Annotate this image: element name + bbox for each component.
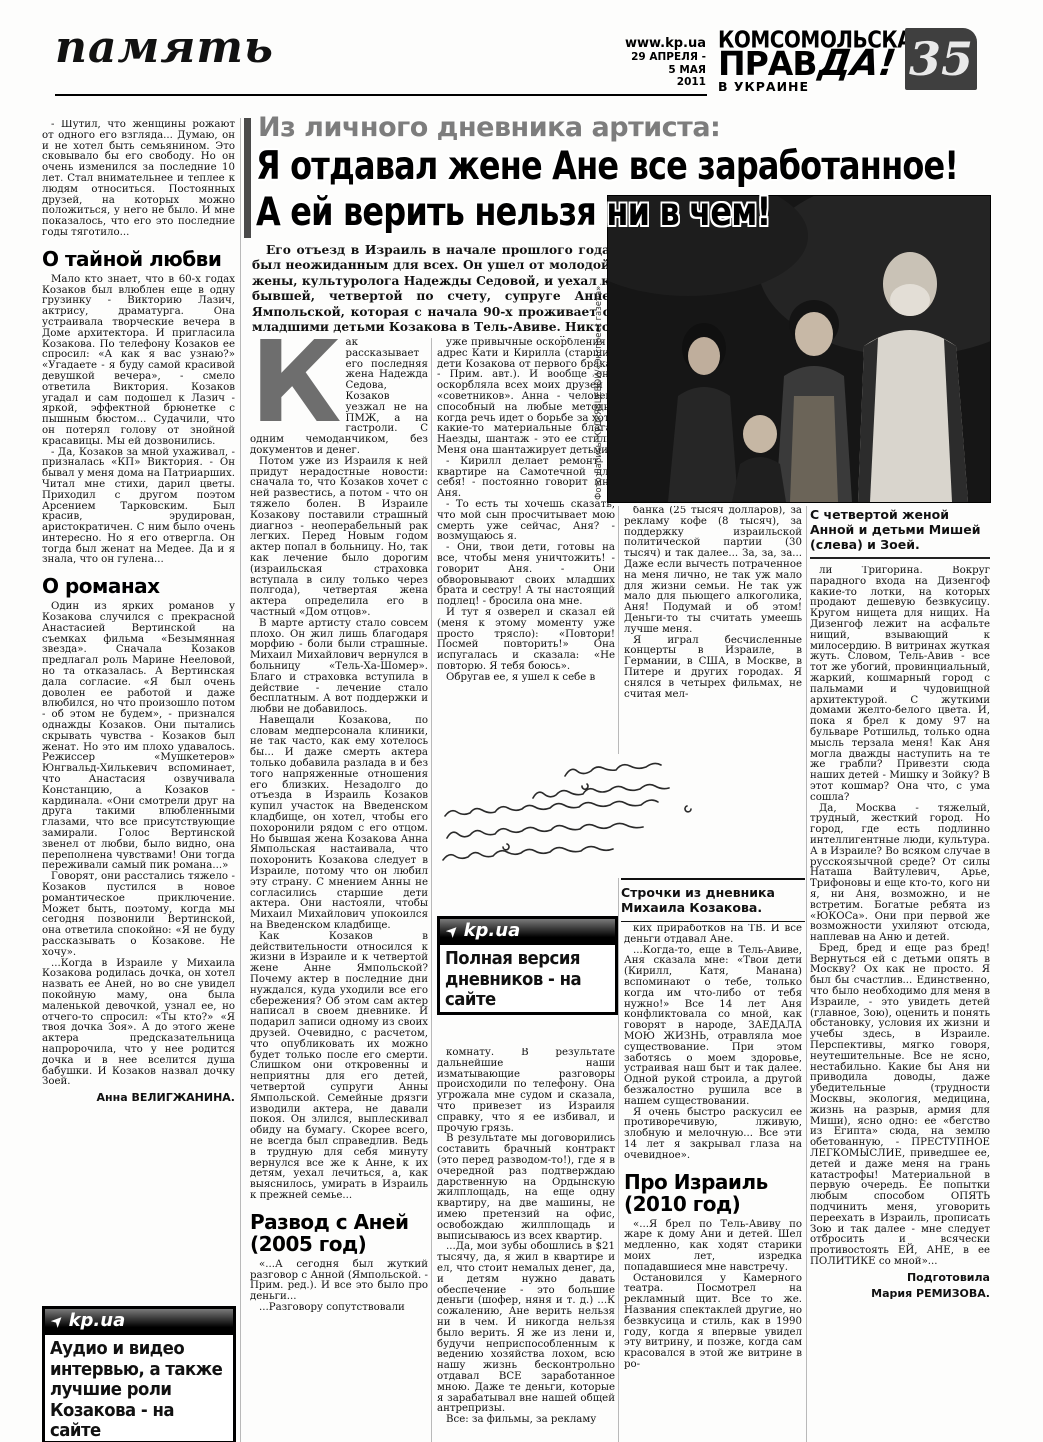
site-date-block: www.kp.ua 29 АПРЕЛЯ - 5 МАЯ 2011: [588, 36, 706, 89]
column-3-lower: комнату. В результате дальнейшие наши из…: [437, 1048, 615, 1440]
kp-brand-bar: ➤ kp.ua: [440, 919, 615, 945]
kp-brand-label: kp.ua: [464, 921, 521, 941]
column-divider: [431, 338, 432, 1442]
paragraph: ли Тригорина. Вокруг парадного входа на …: [810, 566, 990, 804]
family-photo: [608, 196, 990, 502]
kp-arrow-icon: ➤: [441, 919, 464, 942]
paragraph: комнату. В результате дальнейшие наши из…: [437, 1048, 615, 1134]
lead-paragraph: Его отъезд в Израиль в начале прошлого г…: [252, 243, 610, 337]
paragraph: Один из ярких романов у Козакова случилс…: [42, 602, 235, 872]
paragraph: ...Разговору сопутствовали: [250, 1303, 428, 1314]
paragraph: - То есть ты хочешь сказать, что мой сын…: [437, 500, 615, 543]
byline: Анна ВЕЛИГЖАНИНА.: [42, 1091, 235, 1104]
paragraph: «...А сегодня был жуткий разговор с Анно…: [250, 1260, 428, 1303]
issue-date-line3: 2011: [588, 76, 706, 89]
subheading: О романах: [42, 575, 235, 597]
column-2: Как рассказывает его последняя жена Наде…: [250, 338, 428, 1440]
subheading: Про Израиль (2010 год): [624, 1171, 802, 1215]
handwriting-caption: Строчки из дневника Михаила Козакова.: [621, 878, 805, 922]
kp-promo-text: Аудио и видео интервью, а также лучшие р…: [45, 1335, 233, 1442]
paragraph: - Они, твои дети, готовы на все, чтобы м…: [437, 543, 615, 608]
paragraph: ...Когда в Израиле у Михаила Козакова ро…: [42, 959, 235, 1089]
paragraph: банка (25 тысяч долларов), за рекламу ко…: [624, 506, 802, 636]
section-title: память: [55, 24, 274, 72]
kicker: Из личного дневника артиста:: [258, 112, 720, 144]
paragraph: Все: за фильмы, за рекламу: [437, 1415, 615, 1426]
paragraph: Как рассказывает его последняя жена Наде…: [250, 338, 428, 457]
column-4-upper: банка (25 тысяч долларов), за рекламу ко…: [624, 506, 802, 752]
paragraph: В результате мы договорились составить б…: [437, 1134, 615, 1242]
paragraph: Навещали Козакова, по словам медперсонал…: [250, 716, 428, 932]
paragraph: ...Да, мои зубы обошлись в $21 тысячу, д…: [437, 1242, 615, 1415]
paragraph: В марте артисту стало совсем плохо. Он ж…: [250, 619, 428, 716]
caption-rule: [810, 557, 990, 559]
paragraph: Да, Москва - тяжелый, трудный, жесткий г…: [810, 804, 990, 944]
drop-cap: К: [250, 340, 342, 426]
paragraph: Мало кто знает, что в 60-х годах Козаков…: [42, 275, 235, 448]
kp-promo-box-left[interactable]: ➤ kp.ua Аудио и видео интервью, а также …: [42, 1306, 236, 1442]
column-divider: [806, 506, 807, 1442]
newspaper-page: память www.kp.ua 29 АПРЕЛЯ - 5 МАЯ 2011 …: [0, 0, 1043, 1442]
column-4-lower: ких приработков на ТВ. И все деньги отда…: [624, 924, 802, 1440]
page-number-badge: 35: [905, 28, 977, 90]
handwriting-image: [437, 754, 797, 878]
header-rule: [55, 94, 707, 96]
subheading: Развод с Аней (2005 год): [250, 1211, 428, 1255]
paragraph: Как Козаков в действительности относился…: [250, 932, 428, 1202]
kp-promo-box-middle[interactable]: ➤ kp.ua Полная версия дневников - на сай…: [437, 916, 618, 1015]
paragraph: Говорят, они расстались тяжело - Козаков…: [42, 872, 235, 958]
kp-promo-text: Полная версия дневников - на сайте: [440, 945, 615, 1015]
logo-da-mark: ДА!: [816, 48, 897, 80]
paragraph: уже привычные оскорбления в адрес Кати и…: [437, 338, 615, 457]
byline: Мария РЕМИЗОВА.: [810, 1287, 990, 1300]
newspaper-logo: КОМСОМОЛЬСКАЯ ПРАВ ДА! В УКРАИНЕ: [718, 28, 903, 94]
paragraph: «...Я брел по Тель-Авиву по жаре к дому …: [624, 1220, 802, 1274]
issue-date-line2: 5 МАЯ: [588, 64, 706, 77]
column-divider: [240, 118, 241, 1442]
photo-caption: С четвертой женой Анной и детьми Мишей (…: [810, 507, 990, 552]
paragraph: ких приработков на ТВ. И все деньги отда…: [624, 924, 802, 946]
paragraph: Бред, бред и еще раз бред! Вернуться ей …: [810, 944, 990, 1268]
paragraph: Обругав ее, я ушел к себе в: [437, 673, 615, 684]
kp-brand-bar: ➤ kp.ua: [45, 1309, 233, 1335]
paragraph: Остановился у Камерного театра. Посмотре…: [624, 1274, 802, 1371]
column-3-upper: уже привычные оскорбления в адрес Кати и…: [437, 338, 615, 752]
subheading: О тайной любви: [42, 248, 235, 270]
headline-line1: Я отдавал жене Ане все заработанное!: [256, 146, 958, 188]
family-photo-image: [608, 196, 990, 502]
photo-credit: Фото Ларисы КУДРЯВЦЕВОЙ/«Экспресс газета…: [594, 200, 604, 500]
kicker-bar: [244, 118, 251, 238]
paragraph: И тут я озверел и сказал ей (меня к этом…: [437, 608, 615, 673]
site-url[interactable]: www.kp.ua: [588, 36, 706, 51]
column-5: ли Тригорина. Вокруг парадного входа на …: [810, 566, 990, 1442]
byline: Подготовила: [810, 1271, 990, 1284]
paragraph: - Шутил, что женщины рожают от одного ег…: [42, 120, 235, 239]
kp-arrow-icon: ➤: [46, 1309, 69, 1332]
paragraph: Я очень быстро раскусил ее противоречиву…: [624, 1108, 802, 1162]
paragraph: - Кирилл делает ремонт в квартире на Сам…: [437, 457, 615, 500]
paragraph: Потом уже из Израиля к ней придут нерадо…: [250, 457, 428, 619]
column-divider: [618, 506, 619, 1442]
column-1: - Шутил, что женщины рожают от одного ег…: [42, 120, 235, 1302]
kp-brand-label: kp.ua: [69, 1311, 126, 1331]
headline-line2: А ей верить нельзя ни в чем!: [256, 192, 770, 234]
paragraph: ...Когда-то, еще в Тель-Авиве, Аня сказа…: [624, 946, 802, 1108]
issue-date-line1: 29 АПРЕЛЯ -: [588, 51, 706, 64]
paragraph: - Да, Козаков за мной ухаживал, - призна…: [42, 448, 235, 567]
paragraph: Я играл бесчисленные концерты в Израиле,…: [624, 636, 802, 701]
